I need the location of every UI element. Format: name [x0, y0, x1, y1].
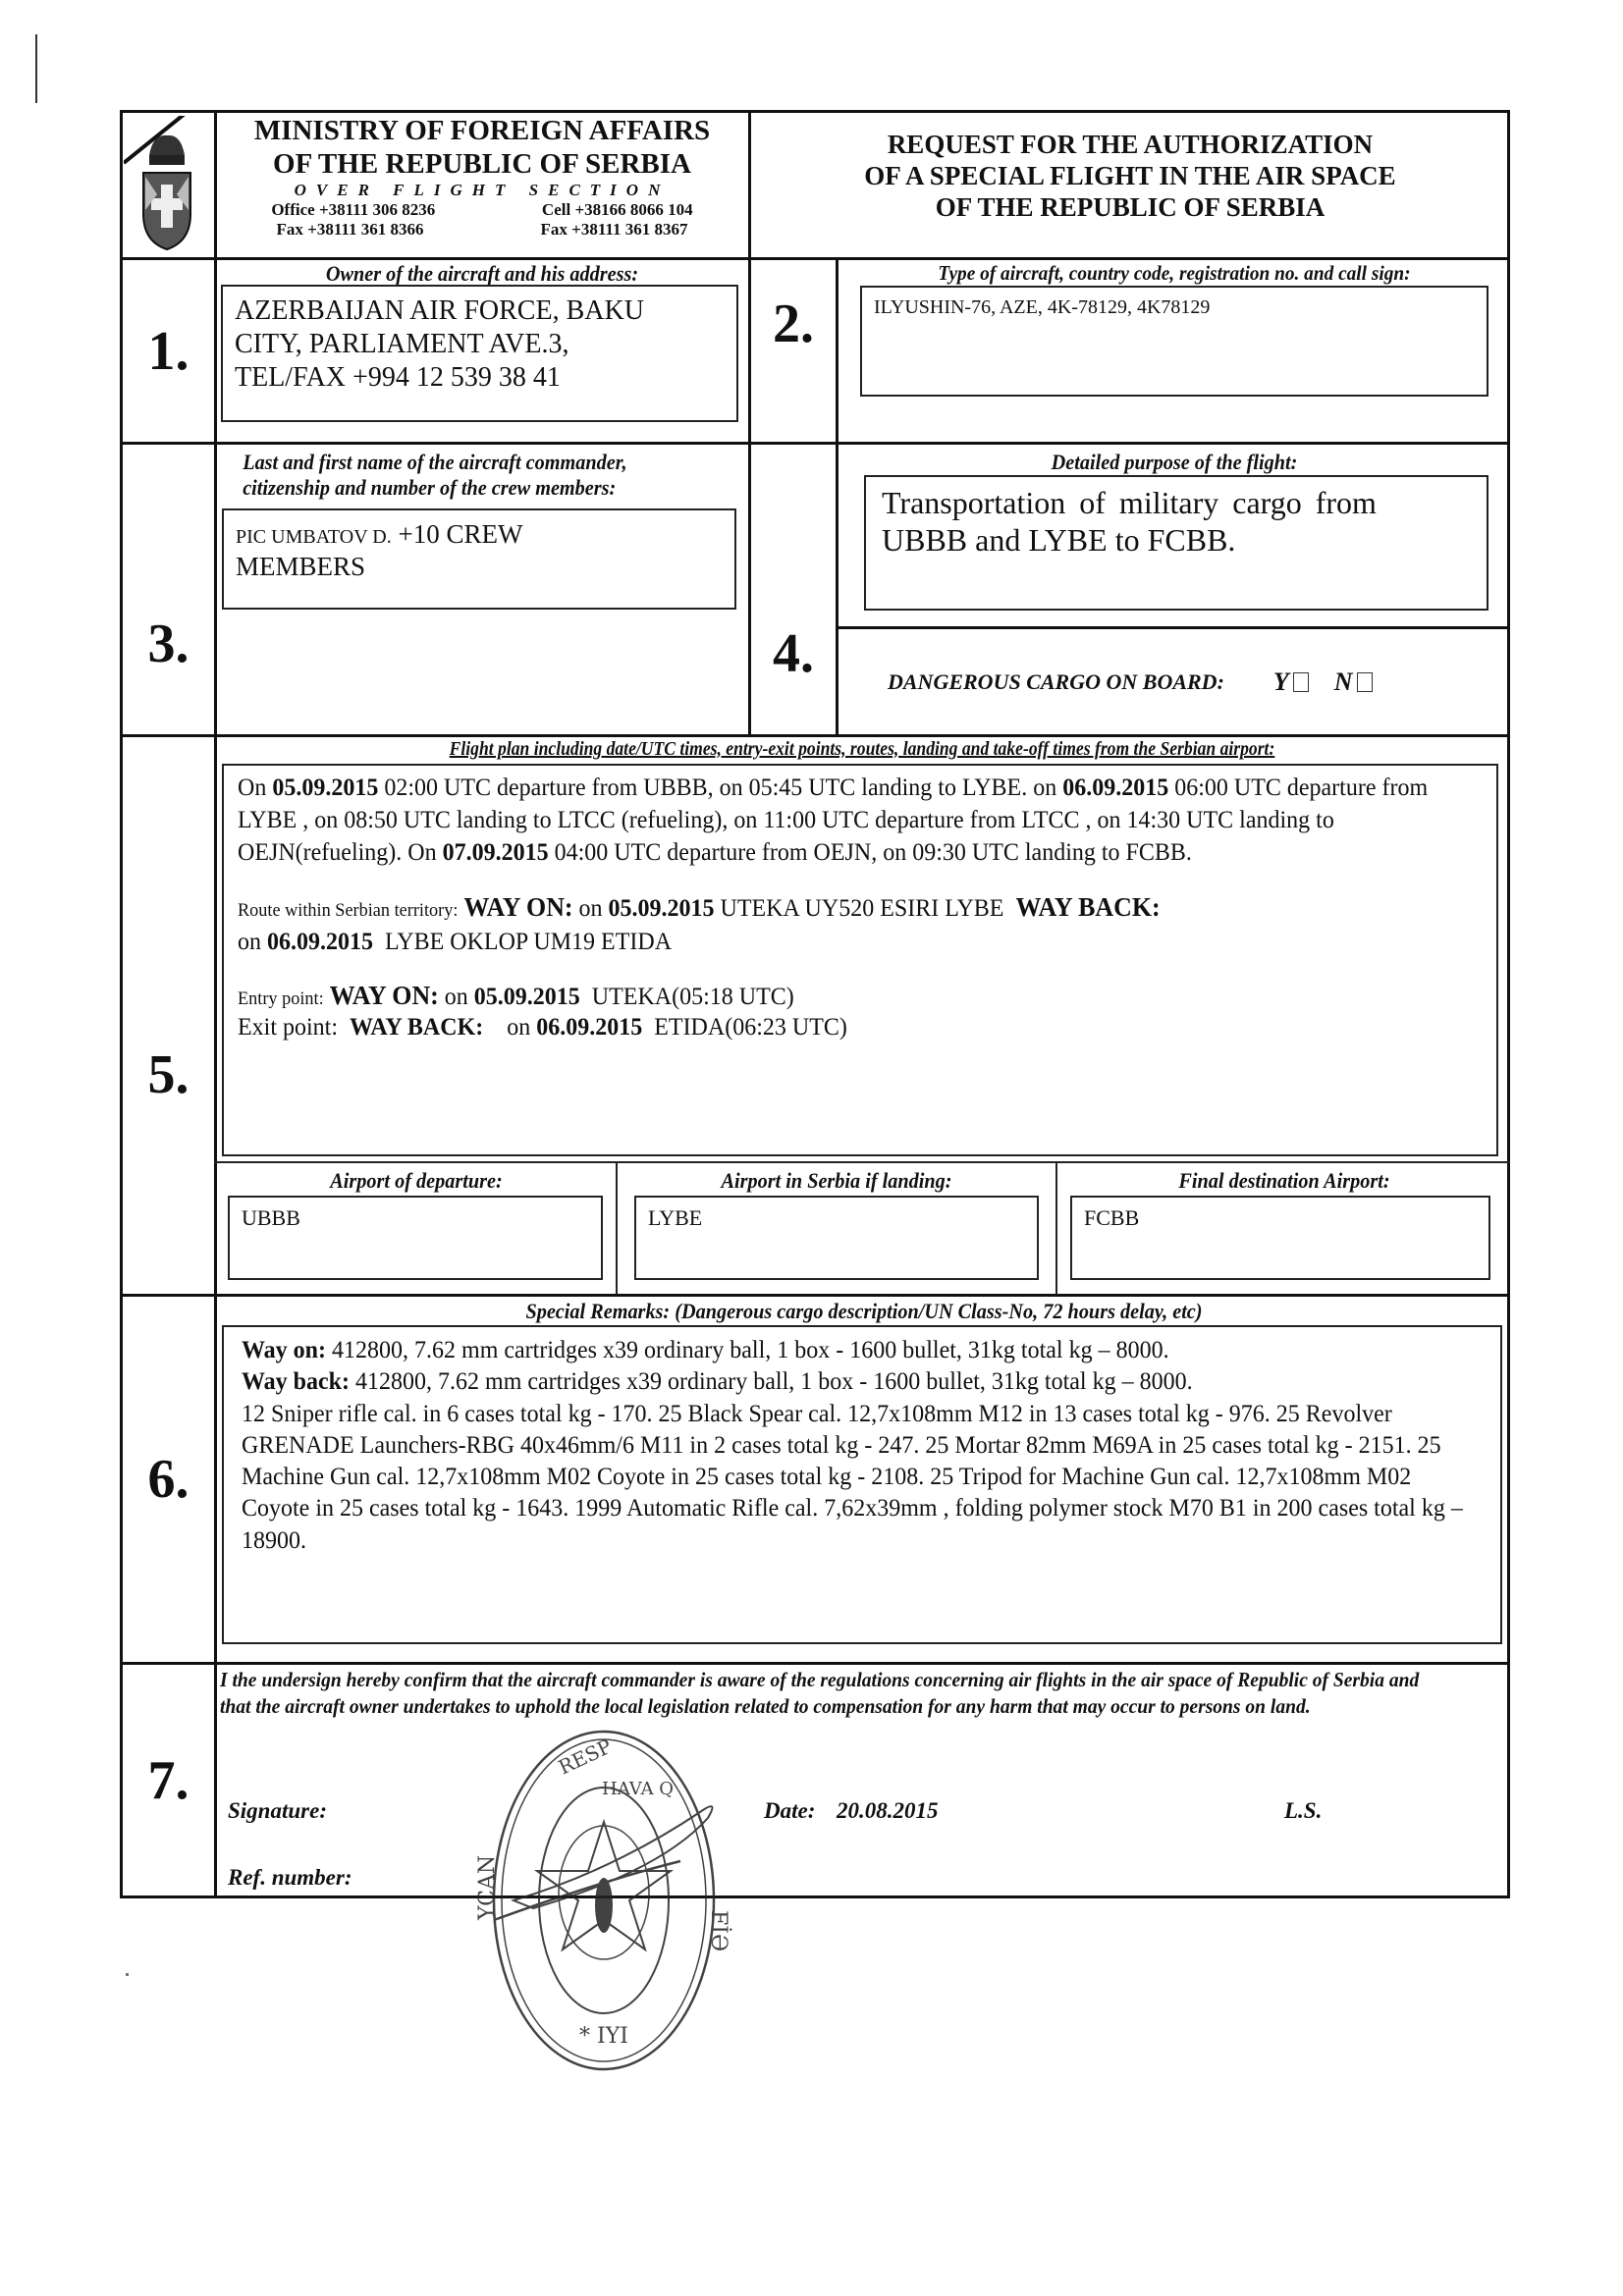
- ref-number-label: Ref. number:: [228, 1865, 352, 1891]
- cargo-details: 12 Sniper rifle cal. in 6 cases total kg…: [242, 1401, 1463, 1554]
- title-line-2: OF A SPECIAL FLIGHT IN THE AIR SPACE: [752, 161, 1508, 192]
- fax-row: Fax +38111 361 8366 Fax +38111 361 8367: [218, 220, 746, 240]
- aircraft-type-label: Type of aircraft, country code, registra…: [865, 261, 1483, 286]
- purpose-label: Detailed purpose of the flight:: [865, 450, 1483, 475]
- owner-label: Owner of the aircraft and his address:: [240, 261, 726, 287]
- purpose-line-1: Transportation of military cargo from: [882, 485, 1475, 522]
- official-stamp-icon: * IYI RESP HAVA Q FİƏ YCAN: [455, 1724, 751, 2079]
- flight-plan-label: Flight plan including date/UTC times, en…: [276, 738, 1447, 761]
- section-number-3: 3.: [123, 445, 214, 734]
- svg-text:HAVA Q: HAVA Q: [602, 1779, 674, 1799]
- way-back-label: Way back:: [242, 1368, 350, 1395]
- commander-label: Last and first name of the aircraft comm…: [240, 450, 726, 501]
- exit-label: Exit point:: [238, 1014, 338, 1041]
- commander-label-line-1: Last and first name of the aircraft comm…: [243, 450, 725, 475]
- svg-text:YCAN: YCAN: [475, 1855, 500, 1921]
- section-number-2: 2.: [751, 260, 836, 388]
- purpose-line-2: UBBB and LYBE to FCBB.: [882, 522, 1475, 560]
- grid-line: [214, 1161, 1510, 1163]
- entry-label: Entry point:: [238, 988, 324, 1009]
- entry-value: UTEKA(05:18 UTC): [592, 984, 794, 1010]
- way-on-label: Way on:: [242, 1337, 326, 1363]
- ministry-header: MINISTRY OF FOREIGN AFFAIRS OF THE REPUB…: [218, 114, 746, 257]
- grid-line: [836, 626, 1510, 629]
- dangerous-cargo-row: DANGEROUS CARGO ON BOARD: Y N: [888, 667, 1506, 697]
- section-number-1: 1.: [123, 260, 214, 442]
- dangerous-no-label: N: [1334, 667, 1353, 697]
- svg-text:FİƏ: FİƏ: [706, 1910, 732, 1951]
- aircraft-type-field[interactable]: ILYUSHIN-76, AZE, 4K-78129, 4K78129: [860, 286, 1488, 397]
- departure-airport-label: Airport of departure:: [234, 1168, 599, 1194]
- serbia-airport-label: Airport in Serbia if landing:: [636, 1168, 1037, 1194]
- departure-airport-field[interactable]: UBBB: [228, 1196, 603, 1280]
- entry-exit-text: Entry point: WAY ON: on 05.09.2015 UTEKA…: [238, 980, 1453, 1043]
- svg-text:* IYI: * IYI: [579, 2024, 628, 2049]
- route-text: Route within Serbian territory: WAY ON: …: [238, 890, 1453, 958]
- commander-label-line-2: citizenship and number of the crew membe…: [243, 475, 725, 501]
- dangerous-yes-checkbox[interactable]: [1293, 672, 1309, 692]
- coat-of-arms-icon: [124, 116, 210, 255]
- destination-airport-field[interactable]: FCBB: [1070, 1196, 1490, 1280]
- fax-2: Fax +38111 361 8367: [541, 220, 688, 240]
- route-on-waypoints: UTEKA UY520 ESIRI LYBE: [721, 895, 1004, 922]
- dangerous-cargo-label: DANGEROUS CARGO ON BOARD:: [888, 669, 1224, 695]
- aircraft-type-value: ILYUSHIN-76, AZE, 4K-78129, 4K78129: [874, 296, 1210, 318]
- owner-line-1: AZERBAIJAN AIR FORCE, BAKU: [235, 294, 725, 328]
- special-remarks-field[interactable]: Way on: 412800, 7.62 mm cartridges x39 o…: [222, 1325, 1502, 1644]
- declaration-text: I the undersign hereby confirm that the …: [220, 1667, 1443, 1721]
- office-phone: Office +38111 306 8236: [271, 200, 435, 220]
- section-name: OVER FLIGHT SECTION: [218, 181, 746, 200]
- svg-text:RESP: RESP: [555, 1735, 616, 1780]
- signature-label: Signature:: [228, 1798, 327, 1824]
- grid-line: [120, 1662, 1510, 1665]
- section-number-6: 6.: [123, 1297, 214, 1662]
- owner-line-2: CITY, PARLIAMENT AVE.3,: [235, 328, 725, 361]
- scan-mark: [126, 1973, 129, 1976]
- section-number-5: 5.: [123, 737, 214, 1294]
- commander-line-2: MEMBERS: [236, 551, 723, 583]
- dangerous-no-checkbox[interactable]: [1357, 672, 1373, 692]
- phone-row: Office +38111 306 8236 Cell +38166 8066 …: [218, 200, 746, 220]
- route-way-back: WAY BACK:: [1015, 892, 1160, 922]
- special-remarks-text: Way on: 412800, 7.62 mm cartridges x39 o…: [242, 1335, 1467, 1557]
- crew-count: +10 CREW: [399, 519, 523, 549]
- destination-airport-label: Final destination Airport:: [1076, 1168, 1491, 1194]
- serbia-airport-field[interactable]: LYBE: [634, 1196, 1039, 1280]
- section-number-4: 4.: [751, 445, 836, 734]
- owner-field[interactable]: AZERBAIJAN AIR FORCE, BAKU CITY, PARLIAM…: [221, 285, 738, 422]
- title-line-3: OF THE REPUBLIC OF SERBIA: [752, 192, 1508, 224]
- grid-line: [836, 257, 839, 736]
- purpose-field[interactable]: Transportation of military cargo from UB…: [864, 475, 1488, 611]
- way-back-cargo: 412800, 7.62 mm cartridges x39 ordinary …: [350, 1368, 1193, 1395]
- special-remarks-label: Special Remarks: (Dangerous cargo descri…: [270, 1299, 1459, 1324]
- flight-plan-text: On 05.09.2015 02:00 UTC departure from U…: [238, 772, 1453, 869]
- grid-line: [120, 734, 1510, 737]
- ministry-name: MINISTRY OF FOREIGN AFFAIRS: [218, 114, 746, 147]
- fax-1: Fax +38111 361 8366: [277, 220, 424, 240]
- grid-line: [120, 1294, 1510, 1297]
- route-back-waypoints: LYBE OKLOP UM19 ETIDA: [385, 929, 672, 955]
- commander-name: PIC UMBATOV D.: [236, 526, 392, 548]
- cell-phone: Cell +38166 8066 104: [542, 200, 693, 220]
- owner-line-3: TEL/FAX +994 12 539 38 41: [235, 361, 725, 395]
- commander-field[interactable]: PIC UMBATOV D. +10 CREW MEMBERS: [222, 508, 736, 610]
- way-on-cargo: 412800, 7.62 mm cartridges x39 ordinary …: [326, 1337, 1169, 1363]
- section-number-7: 7.: [123, 1665, 214, 1896]
- title-line-1: REQUEST FOR THE AUTHORIZATION: [752, 130, 1508, 161]
- flight-plan-field[interactable]: On 05.09.2015 02:00 UTC departure from U…: [222, 764, 1498, 1156]
- exit-value: ETIDA(06:23 UTC): [654, 1014, 847, 1041]
- grid-line: [616, 1161, 618, 1295]
- grid-line: [214, 110, 217, 1898]
- date-label: Date:: [764, 1798, 815, 1824]
- route-way-on: WAY ON:: [463, 892, 572, 922]
- form-title: REQUEST FOR THE AUTHORIZATION OF A SPECI…: [752, 130, 1508, 255]
- ministry-country: OF THE REPUBLIC OF SERBIA: [218, 147, 746, 181]
- scan-mark: [35, 34, 37, 103]
- grid-line: [1055, 1161, 1057, 1295]
- date-value: 20.08.2015: [837, 1798, 939, 1824]
- dangerous-yes-label: Y: [1273, 667, 1289, 697]
- ls-label: L.S.: [1284, 1798, 1322, 1824]
- route-label: Route within Serbian territory:: [238, 900, 458, 921]
